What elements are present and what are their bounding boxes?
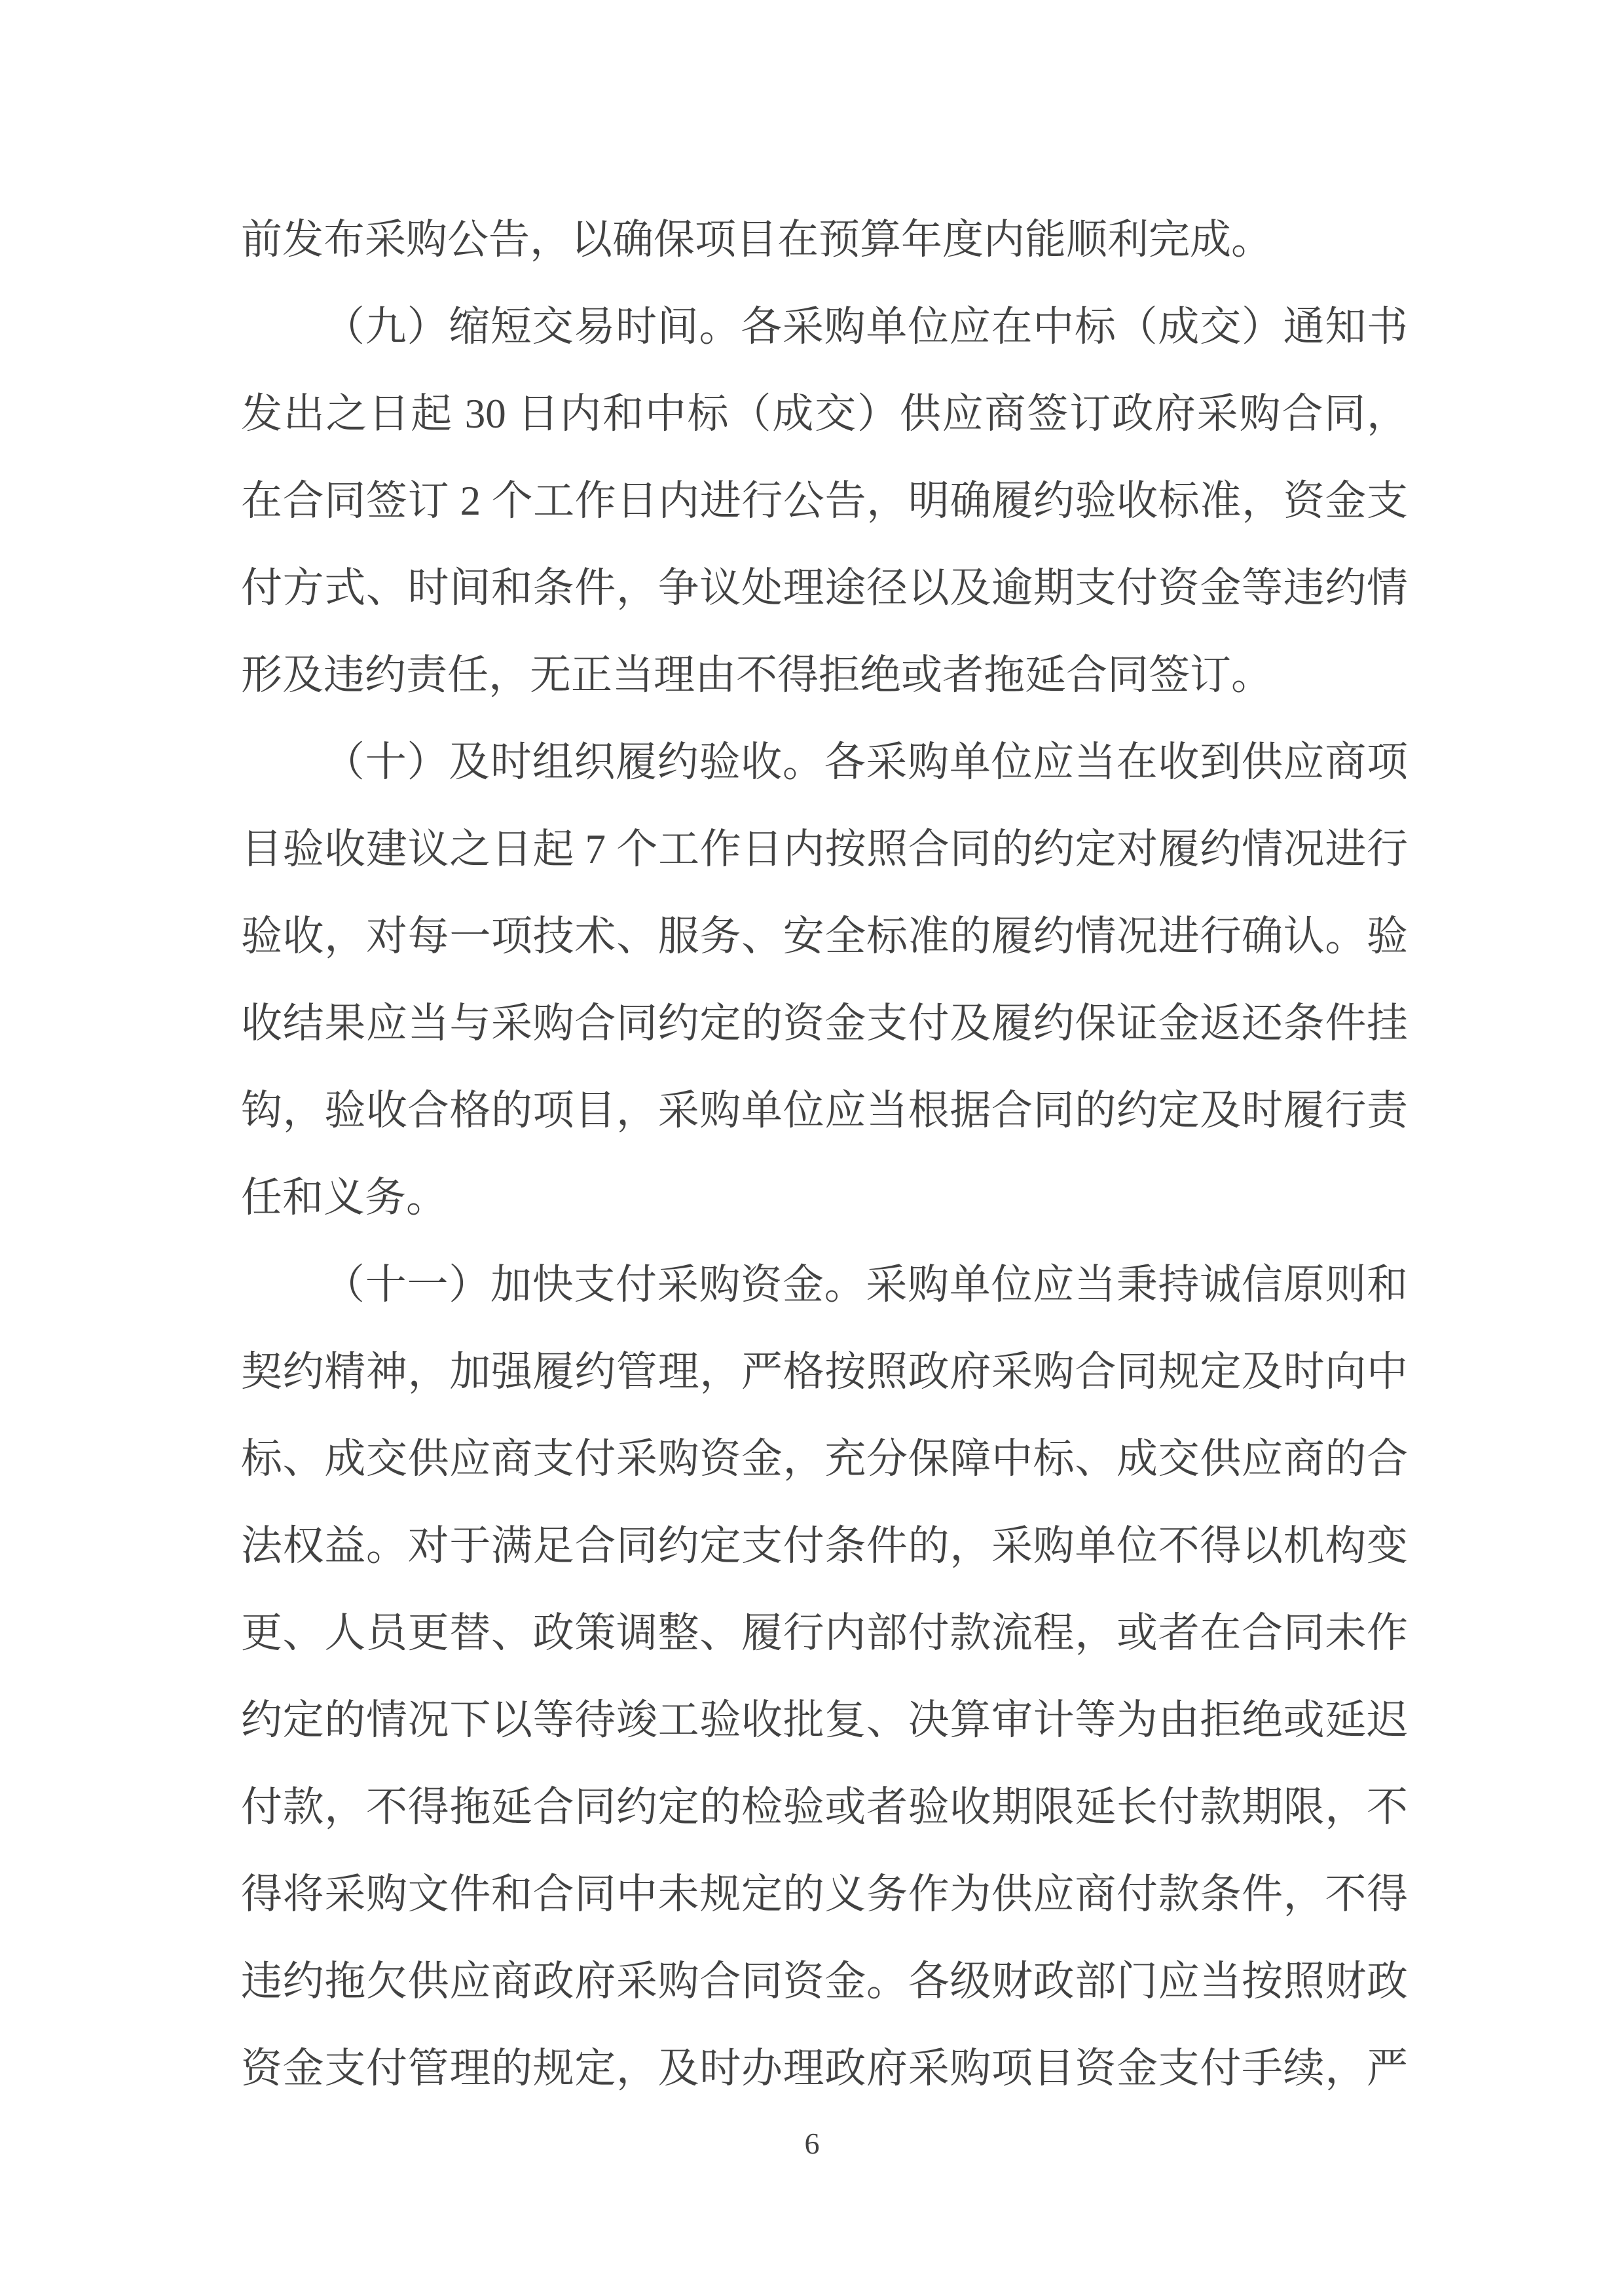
text-line: 前发布采购公告，以确保项目在预算年度内能顺利完成。 <box>241 196 1408 284</box>
text-line: 付款，不得拖延合同约定的检验或者验收期限延长付款期限，不 <box>241 1764 1408 1851</box>
text-line: 更、人员更替、政策调整、履行内部付款流程，或者在合同未作 <box>241 1590 1408 1677</box>
text-line: 钩，验收合格的项目，采购单位应当根据合同的约定及时履行责 <box>241 1067 1408 1154</box>
document-page: 前发布采购公告，以确保项目在预算年度内能顺利完成。 （九）缩短交易时间。各采购单… <box>0 0 1624 2295</box>
text-line: 收结果应当与采购合同约定的资金支付及履约保证金返还条件挂 <box>241 980 1408 1067</box>
document-body: 前发布采购公告，以确保项目在预算年度内能顺利完成。 （九）缩短交易时间。各采购单… <box>241 196 1408 2112</box>
text-line: 发出之日起 30 日内和中标（成交）供应商签订政府采购合同，并 <box>241 371 1408 458</box>
text-line: 法权益。对于满足合同约定支付条件的，采购单位不得以机构变 <box>241 1503 1408 1590</box>
text-line: 约定的情况下以等待竣工验收批复、决算审计等为由拒绝或延迟 <box>241 1677 1408 1764</box>
text-line: （十）及时组织履约验收。各采购单位应当在收到供应商项 <box>241 719 1408 806</box>
page-number: 6 <box>0 2127 1624 2161</box>
text-line: 违约拖欠供应商政府采购合同资金。各级财政部门应当按照财政 <box>241 1938 1408 2025</box>
text-line: 契约精神，加强履约管理，严格按照政府采购合同规定及时向中 <box>241 1329 1408 1416</box>
text-line: （十一）加快支付采购资金。采购单位应当秉持诚信原则和 <box>241 1241 1408 1329</box>
text-line: 付方式、时间和条件，争议处理途径以及逾期支付资金等违约情 <box>241 545 1408 632</box>
text-line: 验收，对每一项技术、服务、安全标准的履约情况进行确认。验 <box>241 893 1408 980</box>
text-line: 目验收建议之日起 7 个工作日内按照合同的约定对履约情况进行 <box>241 806 1408 893</box>
text-line: 标、成交供应商支付采购资金，充分保障中标、成交供应商的合 <box>241 1416 1408 1503</box>
text-line: 形及违约责任，无正当理由不得拒绝或者拖延合同签订。 <box>241 632 1408 719</box>
text-line: 任和义务。 <box>241 1154 1408 1241</box>
text-line: 资金支付管理的规定，及时办理政府采购项目资金支付手续，严 <box>241 2025 1408 2112</box>
text-line: 在合同签订 2 个工作日内进行公告，明确履约验收标准，资金支 <box>241 458 1408 545</box>
text-line: （九）缩短交易时间。各采购单位应在中标（成交）通知书 <box>241 284 1408 371</box>
document-page-background: { "page": { "number": "6", "ink_color": … <box>0 0 1624 2295</box>
text-line: 得将采购文件和合同中未规定的义务作为供应商付款条件，不得 <box>241 1851 1408 1938</box>
